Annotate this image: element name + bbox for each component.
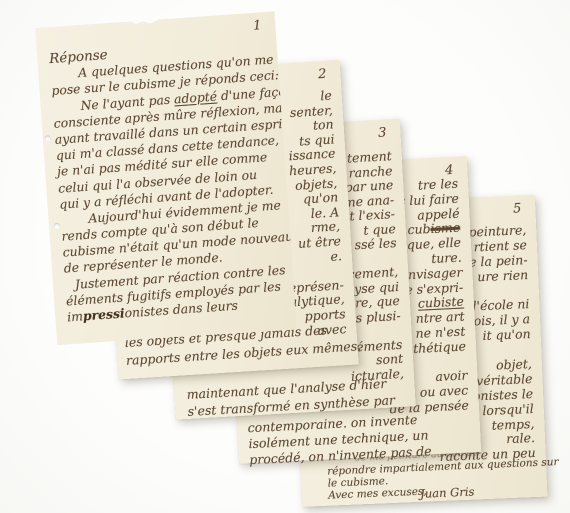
page-bottom-lines: contemporaine. on inventeisolément une t… [247,411,432,468]
manuscript-page-1: 1 RéponseA quelques questions qu'on mepo… [35,11,297,345]
page-text-body: RéponseA quelques questions qu'on mepose… [49,36,290,326]
punch-hole [45,135,51,141]
signature: Juan Gris [420,485,475,501]
manuscript-photo: 5 me peinture,rtient seue la pein-ure ri… [0,0,570,513]
punch-hole [54,223,60,229]
page-number: 2 [318,67,327,82]
page-number: 3 [378,125,387,140]
page-number: 1 [253,18,262,34]
page-number: 5 [513,201,522,216]
